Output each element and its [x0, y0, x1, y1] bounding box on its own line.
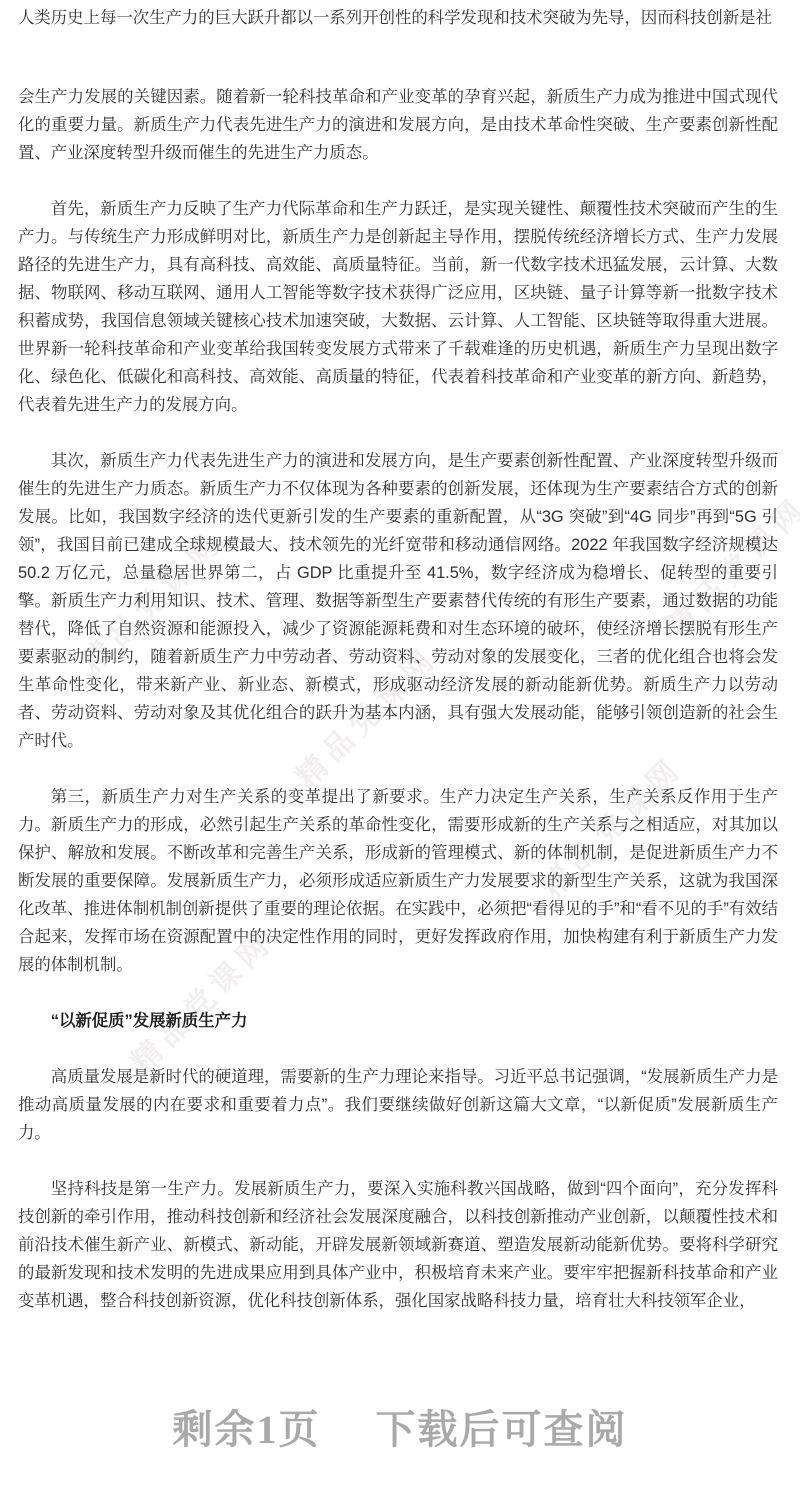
- paragraph: 高质量发展是新时代的硬道理，需要新的生产力理论来指导。习近平总书记强调，“发展新…: [18, 1063, 778, 1147]
- pages-remaining-label: 剩余1页: [173, 1407, 321, 1452]
- paragraph-intro-first-line: 人类历史上每一次生产力的巨大跃升都以一系列开创性的科学发现和技术突破为先导，因而…: [18, 4, 778, 32]
- paragraph: 首先，新质生产力反映了生产力代际革命和生产力跃迁，是实现关键性、颠覆性技术突破而…: [18, 195, 778, 419]
- pages-remaining-banner: 剩余1页下载后可查阅: [0, 1398, 800, 1455]
- paragraph: 坚持科技是第一生产力。发展新质生产力，要深入实施科教兴国战略，做到“四个面向”，…: [18, 1175, 778, 1315]
- document-page: 人类历史上每一次生产力的巨大跃升都以一系列开创性的科学发现和技术突破为先导，因而…: [18, 0, 778, 1315]
- section-heading: “以新促质”发展新质生产力: [18, 1007, 778, 1035]
- paragraph: 其次，新质生产力代表先进生产力的演进和发展方向，是生产要素创新性配置、产业深度转…: [18, 447, 778, 755]
- paragraph-intro-continuation: 会生产力发展的关键因素。随着新一轮科技革命和产业变革的孕育兴起，新质生产力成为推…: [18, 83, 778, 167]
- download-hint-label: 下载后可查阅: [376, 1407, 628, 1452]
- paragraph: 第三，新质生产力对生产关系的变革提出了新要求。生产力决定生产关系，生产关系反作用…: [18, 783, 778, 979]
